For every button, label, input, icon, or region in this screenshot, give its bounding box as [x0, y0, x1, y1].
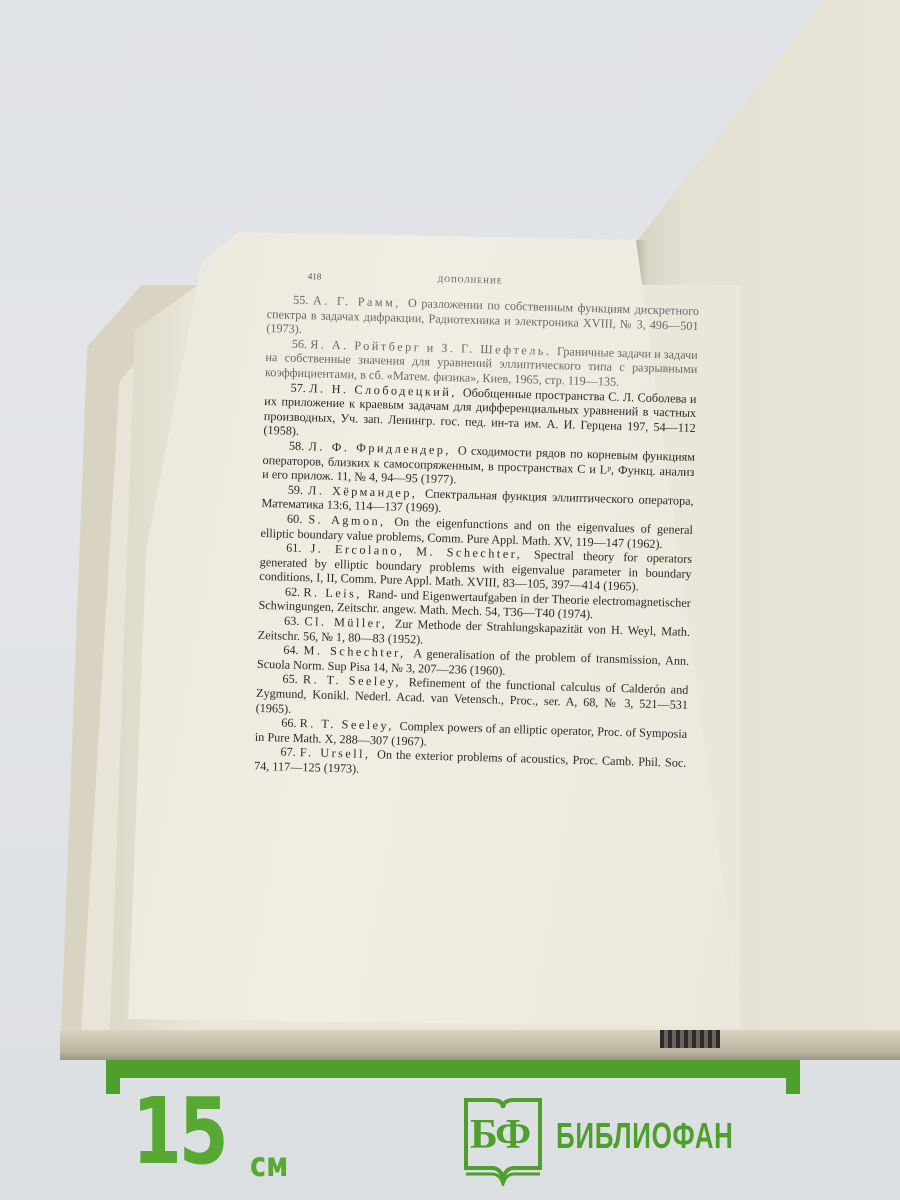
ruler-tick-left — [106, 1060, 120, 1094]
book-bottom-edge — [60, 1030, 900, 1060]
ruler-bar — [106, 1060, 800, 1078]
reference-number: 55. — [293, 293, 313, 308]
reference-author: F. Ursell, — [300, 745, 378, 761]
reference-author: R. Leis, — [303, 585, 368, 601]
reference-number: 65. — [282, 672, 303, 687]
reference-list: 55. А. Г. Рамм, О разложении по собствен… — [254, 292, 699, 785]
reference-number: 62. — [285, 584, 304, 599]
spine-label — [660, 1030, 720, 1048]
reference-number: 59. — [288, 482, 309, 497]
size-value: 15 — [132, 1086, 226, 1178]
reference-number: 60. — [287, 512, 309, 527]
reference-number: 67. — [280, 745, 300, 760]
reference-number: 64. — [283, 643, 304, 658]
reference-number: 61. — [286, 541, 311, 556]
running-head: ДОПОЛНЕНИЕ — [438, 273, 503, 289]
ruler-tick-right — [786, 1060, 800, 1094]
reference-number: 66. — [281, 716, 300, 731]
reference-number: 63. — [284, 614, 305, 629]
size-unit: см — [250, 1148, 288, 1182]
page-number: 418 — [308, 269, 322, 284]
reference-number: 58. — [289, 439, 309, 454]
reference-number: 57. — [290, 380, 309, 395]
reference-number: 56. — [292, 336, 311, 351]
brand-name: БИБЛИОФАН — [556, 1116, 734, 1156]
reference-author: S. Agmon, — [308, 512, 394, 528]
logo-letters: БФ — [470, 1112, 529, 1158]
